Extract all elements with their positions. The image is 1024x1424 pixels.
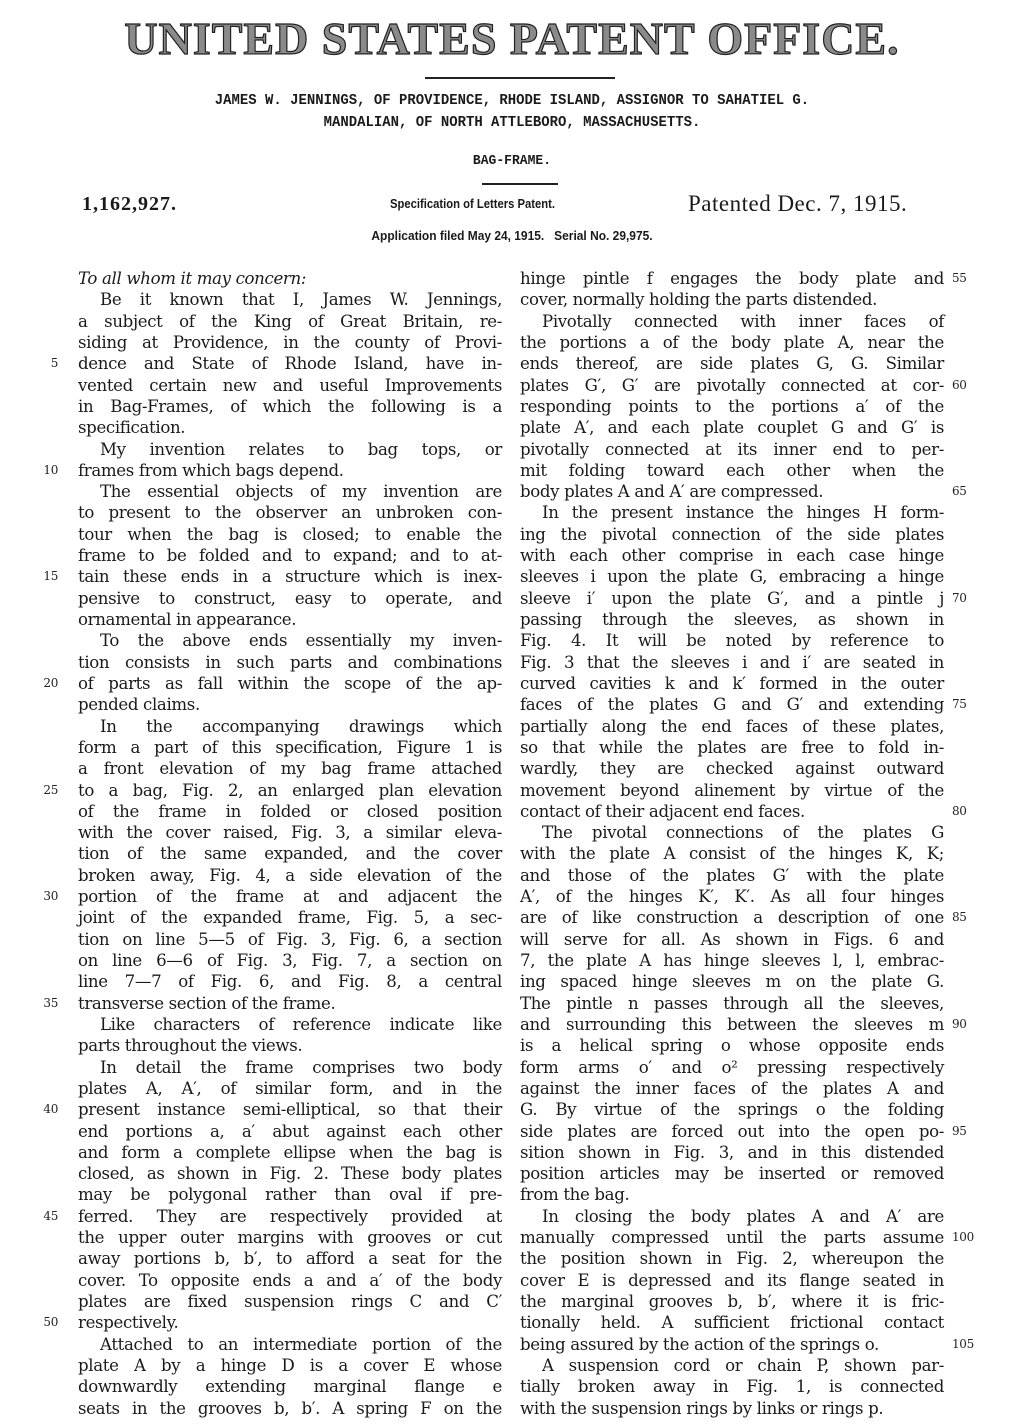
line-text: of parts as fall within the scope of the… [78,673,502,694]
line-text: hinge pintle f engages the body plate an… [520,268,944,289]
line-text: being assured by the action of the sprin… [520,1334,944,1355]
text-line: responding points to the portions a′ of … [520,396,944,417]
line-number: 60 [952,375,992,396]
line-text: pivotally connected at its inner end to … [520,439,944,460]
text-line: with the suspension rings by links or ri… [520,1398,944,1419]
line-text: G. By virtue of the springs o the foldin… [520,1099,944,1120]
text-line: the position shown in Fig. 2, whereupon … [520,1248,944,1269]
text-line: The pintle n passes through all the slee… [520,993,944,1014]
text-line: away portions b, b′, to afford a seat fo… [78,1248,502,1269]
line-text: In closing the body plates A and A′ are [520,1206,944,1227]
line-text: will serve for all. As shown in Figs. 6 … [520,929,944,950]
line-text: on line 6—6 of Fig. 3, Fig. 7, a section… [78,950,502,971]
invention-title: BAG-FRAME. [36,150,988,172]
line-text: are of like construction a description o… [520,907,944,928]
line-text: to present to the observer an unbroken c… [78,502,502,523]
line-text: The pintle n passes through all the slee… [520,993,944,1014]
line-text: of the frame in folded or closed positio… [78,801,502,822]
text-line: a subject of the King of Great Britain, … [78,311,502,332]
line-text: the position shown in Fig. 2, whereupon … [520,1248,944,1269]
line-text: to a bag, Fig. 2, an enlarged plan eleva… [78,780,502,801]
text-line: seats in the grooves b, b′. A spring F o… [78,1398,502,1419]
text-line: closed, as shown in Fig. 2. These body p… [78,1163,502,1184]
text-line: 7, the plate A has hinge sleeves l, l, e… [520,950,944,971]
line-text: frame to be folded and to expand; and to… [78,545,502,566]
line-number: 70 [952,588,992,609]
line-text: Attached to an intermediate portion of t… [78,1334,502,1355]
line-text: responding points to the portions a′ of … [520,396,944,417]
text-line: plate A by a hinge D is a cover E whose [78,1355,502,1376]
line-text: partially along the end faces of these p… [520,716,944,737]
text-line: broken away, Fig. 4, a side elevation of… [78,865,502,886]
line-text: tially broken away in Fig. 1, is connect… [520,1376,944,1397]
line-text: ing the pivotal connection of the side p… [520,524,944,545]
line-text: movement beyond alinement by virtue of t… [520,780,944,801]
patent-info-row: 1,162,927. Specification of Letters Pate… [0,193,1024,219]
line-text: sleeves i upon the plate G, embracing a … [520,566,944,587]
text-line: downwardly extending marginal flange e [78,1376,502,1397]
text-line: Fig. 3 that the sleeves i and i′ are sea… [520,652,944,673]
text-line: against the inner faces of the plates A … [520,1078,944,1099]
line-text: Fig. 4. It will be noted by reference to [520,630,944,651]
text-line: is a helical spring o whose opposite end… [520,1035,944,1056]
line-text: Like characters of reference indicate li… [78,1014,502,1035]
line-text: and surrounding this between the sleeves… [520,1014,944,1035]
line-text: vented certain new and useful Improvemen… [78,375,502,396]
title-divider [425,77,615,79]
text-line: tion of the same expanded, and the cover [78,843,502,864]
line-text: Be it known that I, James W. Jennings, [78,289,502,310]
line-number: 50 [18,1312,58,1333]
line-text: parts throughout the views. [78,1035,502,1056]
line-text: a front elevation of my bag frame attach… [78,758,502,779]
line-text: ends thereof, are side plates G, G. Simi… [520,353,944,374]
text-line: portion of the frame at and adjacent the… [78,886,502,907]
text-line: from the bag. [520,1184,944,1205]
line-text: ing spaced hinge sleeves m on the plate … [520,971,944,992]
line-number: 40 [18,1099,58,1120]
text-line: pended claims. [78,694,502,715]
line-number: 95 [952,1121,992,1142]
text-line: present instance semi-elliptical, so tha… [78,1099,502,1120]
line-text: pensive to construct, easy to operate, a… [78,588,502,609]
text-line: side plates are forced out into the open… [520,1121,944,1142]
text-line: ends thereof, are side plates G, G. Simi… [520,353,944,374]
line-number: 85 [952,907,992,928]
line-text: the upper outer margins with grooves or … [78,1227,502,1248]
line-text: a subject of the King of Great Britain, … [78,311,502,332]
text-line: specification. [78,417,502,438]
text-line: passing through the sleeves, as shown in [520,609,944,630]
text-line: ferred. They are respectively provided a… [78,1206,502,1227]
line-text: portion of the frame at and adjacent the [78,886,502,907]
line-text: The pivotal connections of the plates G [520,822,944,843]
text-line: sleeve i′ upon the plate G′, and a pintl… [520,588,944,609]
text-line: plates A, A′, of similar form, and in th… [78,1078,502,1099]
text-line: ornamental in appearance. [78,609,502,630]
text-line: the upper outer margins with grooves or … [78,1227,502,1248]
text-line: may be polygonal rather than oval if pre… [78,1184,502,1205]
line-number: 25 [18,780,58,801]
line-text: cover E is depressed and its flange seat… [520,1270,944,1291]
line-text: tion consists in such parts and combinat… [78,652,502,673]
line-text: with the cover raised, Fig. 3, a similar… [78,822,502,843]
text-line: and form a complete ellipse when the bag… [78,1142,502,1163]
patent-number: 1,162,927. [82,193,177,216]
line-text: dence and State of Rhode Island, have in… [78,353,502,374]
text-line: tionally held. A sufficient frictional c… [520,1312,944,1333]
line-text: sition shown in Fig. 3, and in this dist… [520,1142,944,1163]
text-line: position articles may be inserted or rem… [520,1163,944,1184]
line-text: from the bag. [520,1184,944,1205]
line-text: contact of their adjacent end faces. [520,801,944,822]
line-text: mit folding toward each other when the [520,460,944,481]
line-text: and those of the plates G′ with the plat… [520,865,944,886]
text-line: Pivotally connected with inner faces of [520,311,944,332]
line-text: cover, normally holding the parts disten… [520,289,944,310]
text-line: tour when the bag is closed; to enable t… [78,524,502,545]
line-text: tour when the bag is closed; to enable t… [78,524,502,545]
text-line: In closing the body plates A and A′ are [520,1206,944,1227]
text-line: being assured by the action of the sprin… [520,1334,944,1355]
left-column: To all whom it may concern:Be it known t… [78,268,502,1419]
text-line: cover E is depressed and its flange seat… [520,1270,944,1291]
line-text: frames from which bags depend. [78,460,502,481]
text-line: tain these ends in a structure which is … [78,566,502,587]
text-line: The essential objects of my invention ar… [78,481,502,502]
line-text: closed, as shown in Fig. 2. These body p… [78,1163,502,1184]
text-line: frame to be folded and to expand; and to… [78,545,502,566]
text-line: tion on line 5—5 of Fig. 3, Fig. 6, a se… [78,929,502,950]
text-line: partially along the end faces of these p… [520,716,944,737]
text-line: a front elevation of my bag frame attach… [78,758,502,779]
text-line: hinge pintle f engages the body plate an… [520,268,944,289]
line-number: 65 [952,481,992,502]
line-text: against the inner faces of the plates A … [520,1078,944,1099]
line-text: present instance semi-elliptical, so tha… [78,1099,502,1120]
line-text: plate A by a hinge D is a cover E whose [78,1355,502,1376]
line-number: 100 [952,1227,992,1248]
text-line: cover, normally holding the parts disten… [520,289,944,310]
text-line: Attached to an intermediate portion of t… [78,1334,502,1355]
text-line: line 7—7 of Fig. 6, and Fig. 8, a centra… [78,971,502,992]
text-line: vented certain new and useful Improvemen… [78,375,502,396]
text-line: respectively.50 [78,1312,502,1333]
text-line: siding at Providence, in the county of P… [78,332,502,353]
line-text: My invention relates to bag tops, or [78,439,502,460]
line-text: respectively. [78,1312,502,1333]
text-line: dence and State of Rhode Island, have in… [78,353,502,374]
text-line: sleeves i upon the plate G, embracing a … [520,566,944,587]
line-text: specification. [78,417,502,438]
text-line: A suspension cord or chain P, shown par- [520,1355,944,1376]
line-text: In the present instance the hinges H for… [520,502,944,523]
text-line: of parts as fall within the scope of the… [78,673,502,694]
text-line: wardly, they are checked against outward [520,758,944,779]
text-line: cover. To opposite ends a and a′ of the … [78,1270,502,1291]
line-text: with the suspension rings by links or ri… [520,1398,944,1419]
text-line: Like characters of reference indicate li… [78,1014,502,1035]
line-number: 90 [952,1014,992,1035]
text-line: in Bag-Frames, of which the following is… [78,396,502,417]
line-text: transverse section of the frame. [78,993,502,1014]
text-line: the marginal grooves b, b′, where it is … [520,1291,944,1312]
line-text: plates G′, G′ are pivotally connected at… [520,375,944,396]
text-line: with the cover raised, Fig. 3, a similar… [78,822,502,843]
office-title: UNITED STATES PATENT OFFICE. [0,14,1024,64]
line-number: 80 [952,801,992,822]
line-text: ferred. They are respectively provided a… [78,1206,502,1227]
text-line: with the plate A consist of the hinges K… [520,843,944,864]
text-line: tion consists in such parts and combinat… [78,652,502,673]
line-text: To the above ends essentially my inven- [78,630,502,651]
line-number: 30 [18,886,58,907]
text-line: The pivotal connections of the plates G [520,822,944,843]
text-line: In the accompanying drawings which [78,716,502,737]
text-line: curved cavities k and k′ formed in the o… [520,673,944,694]
line-text: plate A′, and each plate couplet G and G… [520,417,944,438]
line-text: To all whom it may concern: [78,268,502,289]
text-line: and those of the plates G′ with the plat… [520,865,944,886]
line-text: is a helical spring o whose opposite end… [520,1035,944,1056]
line-text: form a part of this specification, Figur… [78,737,502,758]
text-line: contact of their adjacent end faces.80 [520,801,944,822]
line-text: cover. To opposite ends a and a′ of the … [78,1270,502,1291]
line-number: 105 [952,1334,992,1355]
line-number: 5 [18,353,58,374]
text-line: transverse section of the frame.35 [78,993,502,1014]
line-text: may be polygonal rather than oval if pre… [78,1184,502,1205]
line-number: 15 [18,566,58,587]
text-line: with each other comprise in each case hi… [520,545,944,566]
line-text: seats in the grooves b, b′. A spring F o… [78,1398,502,1419]
line-text: body plates A and A′ are compressed. [520,481,944,502]
line-text: so that while the plates are free to fol… [520,737,944,758]
line-text: Fig. 3 that the sleeves i and i′ are sea… [520,652,944,673]
text-line: end portions a, a′ abut against each oth… [78,1121,502,1142]
text-line: G. By virtue of the springs o the foldin… [520,1099,944,1120]
application-line: Application filed May 24, 1915. Serial N… [41,228,983,243]
text-line: are of like construction a description o… [520,907,944,928]
line-text: A suspension cord or chain P, shown par- [520,1355,944,1376]
text-line: so that while the plates are free to fol… [520,737,944,758]
text-line: pivotally connected at its inner end to … [520,439,944,460]
text-line: manually compressed until the parts assu… [520,1227,944,1248]
line-text: in Bag-Frames, of which the following is… [78,396,502,417]
line-text: manually compressed until the parts assu… [520,1227,944,1248]
text-line: of the frame in folded or closed positio… [78,801,502,822]
line-text: position articles may be inserted or rem… [520,1163,944,1184]
text-line: frames from which bags depend.10 [78,460,502,481]
line-text: away portions b, b′, to afford a seat fo… [78,1248,502,1269]
line-text: In the accompanying drawings which [78,716,502,737]
text-line: form a part of this specification, Figur… [78,737,502,758]
line-text: ornamental in appearance. [78,609,502,630]
line-text: faces of the plates G and G′ and extendi… [520,694,944,715]
text-line: joint of the expanded frame, Fig. 5, a s… [78,907,502,928]
line-number: 55 [952,268,992,289]
assignor-line-2: MANDALIAN, OF NORTH ATTLEBORO, MASSACHUS… [36,112,988,134]
line-text: tion on line 5—5 of Fig. 3, Fig. 6, a se… [78,929,502,950]
text-line: My invention relates to bag tops, or [78,439,502,460]
line-text: end portions a, a′ abut against each oth… [78,1121,502,1142]
line-number: 75 [952,694,992,715]
text-line: to a bag, Fig. 2, an enlarged plan eleva… [78,780,502,801]
text-line: body plates A and A′ are compressed.65 [520,481,944,502]
line-text: In detail the frame comprises two body [78,1057,502,1078]
invention-divider [482,183,558,185]
line-text: pended claims. [78,694,502,715]
text-line: Fig. 4. It will be noted by reference to [520,630,944,651]
text-line: to present to the observer an unbroken c… [78,502,502,523]
line-text: curved cavities k and k′ formed in the o… [520,673,944,694]
text-line: movement beyond alinement by virtue of t… [520,780,944,801]
text-line: In detail the frame comprises two body [78,1057,502,1078]
text-line: A′, of the hinges K′, K′. As all four hi… [520,886,944,907]
text-line: pensive to construct, easy to operate, a… [78,588,502,609]
text-line: will serve for all. As shown in Figs. 6 … [520,929,944,950]
patented-date: Patented Dec. 7, 1915. [688,191,907,217]
line-text: A′, of the hinges K′, K′. As all four hi… [520,886,944,907]
text-line: form arms o′ and o² pressing respectivel… [520,1057,944,1078]
text-line: faces of the plates G and G′ and extendi… [520,694,944,715]
text-line: Be it known that I, James W. Jennings, [78,289,502,310]
line-text: siding at Providence, in the county of P… [78,332,502,353]
line-text: The essential objects of my invention ar… [78,481,502,502]
line-text: line 7—7 of Fig. 6, and Fig. 8, a centra… [78,971,502,992]
line-text: the portions a of the body plate A, near… [520,332,944,353]
text-line: on line 6—6 of Fig. 3, Fig. 7, a section… [78,950,502,971]
text-line: To all whom it may concern: [78,268,502,289]
right-column: hinge pintle f engages the body plate an… [520,268,944,1419]
line-number: 20 [18,673,58,694]
line-text: and form a complete ellipse when the bag… [78,1142,502,1163]
text-line: plates are fixed suspension rings C and … [78,1291,502,1312]
text-line: parts throughout the views. [78,1035,502,1056]
line-text: sleeve i′ upon the plate G′, and a pintl… [520,588,944,609]
text-line: ing spaced hinge sleeves m on the plate … [520,971,944,992]
line-text: passing through the sleeves, as shown in [520,609,944,630]
line-text: tain these ends in a structure which is … [78,566,502,587]
line-text: broken away, Fig. 4, a side elevation of… [78,865,502,886]
line-text: plates are fixed suspension rings C and … [78,1291,502,1312]
line-number: 35 [18,993,58,1014]
text-line: To the above ends essentially my inven- [78,630,502,651]
line-text: side plates are forced out into the open… [520,1121,944,1142]
line-number: 10 [18,460,58,481]
line-text: with the plate A consist of the hinges K… [520,843,944,864]
line-text: Pivotally connected with inner faces of [520,311,944,332]
line-text: the marginal grooves b, b′, where it is … [520,1291,944,1312]
assignor-line-1: JAMES W. JENNINGS, OF PROVIDENCE, RHODE … [36,90,988,112]
line-text: plates A, A′, of similar form, and in th… [78,1078,502,1099]
line-text: with each other comprise in each case hi… [520,545,944,566]
line-text: downwardly extending marginal flange e [78,1376,502,1397]
line-text: tionally held. A sufficient frictional c… [520,1312,944,1333]
text-line: and surrounding this between the sleeves… [520,1014,944,1035]
line-text: form arms o′ and o² pressing respectivel… [520,1057,944,1078]
text-line: plates G′, G′ are pivotally connected at… [520,375,944,396]
text-line: In the present instance the hinges H for… [520,502,944,523]
line-text: joint of the expanded frame, Fig. 5, a s… [78,907,502,928]
text-line: tially broken away in Fig. 1, is connect… [520,1376,944,1397]
text-line: plate A′, and each plate couplet G and G… [520,417,944,438]
text-line: the portions a of the body plate A, near… [520,332,944,353]
line-text: 7, the plate A has hinge sleeves l, l, e… [520,950,944,971]
text-line: ing the pivotal connection of the side p… [520,524,944,545]
line-number: 45 [18,1206,58,1227]
specification-label: Specification of Letters Patent. [390,197,555,211]
line-text: wardly, they are checked against outward [520,758,944,779]
line-text: tion of the same expanded, and the cover [78,843,502,864]
text-line: sition shown in Fig. 3, and in this dist… [520,1142,944,1163]
text-line: mit folding toward each other when the [520,460,944,481]
